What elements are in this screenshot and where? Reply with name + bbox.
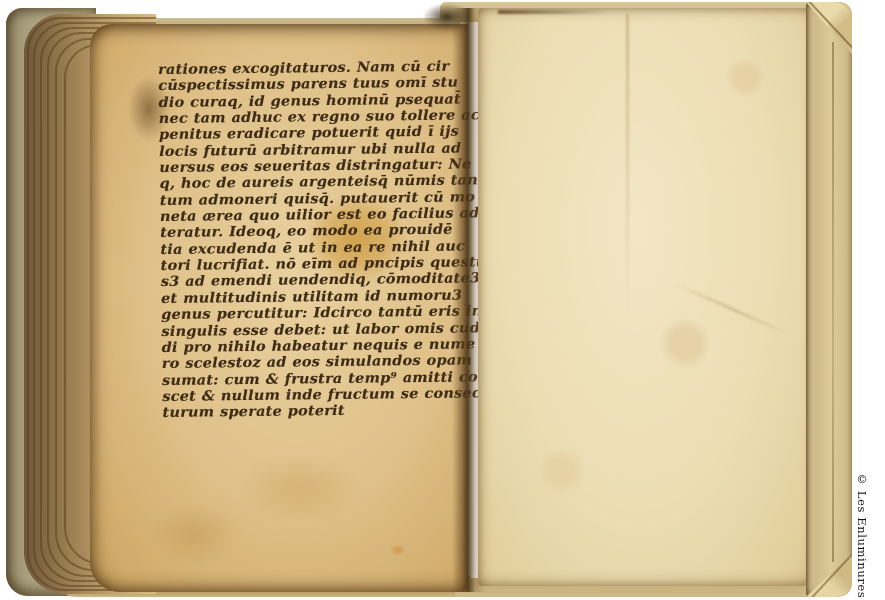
left-page: rationes excogitaturos. Nam cū cir cūspe… [90,24,468,592]
faint-stain [240,454,360,524]
right-page-blank [478,8,812,586]
vertical-crease [626,14,629,314]
back-cover-edge [806,2,852,597]
cover-corner-fold-top [806,2,852,54]
small-spot-stain [390,544,406,556]
photo-credit: © Les Enluminures [855,472,869,600]
cover-crease-line [832,42,834,562]
parchment-freckles [478,8,812,586]
top-edge-crease [498,10,608,14]
faint-stain [150,504,240,564]
open-book: rationes excogitaturos. Nam cū cir cūspe… [0,0,885,600]
gutter-top-shadow [424,4,470,30]
text-line: turum sperate poterit [162,402,479,422]
manuscript-photograph: rationes excogitaturos. Nam cū cir cūspe… [0,0,885,600]
manuscript-text-block: rationes excogitaturos. Nam cū cir cūspe… [158,58,480,421]
